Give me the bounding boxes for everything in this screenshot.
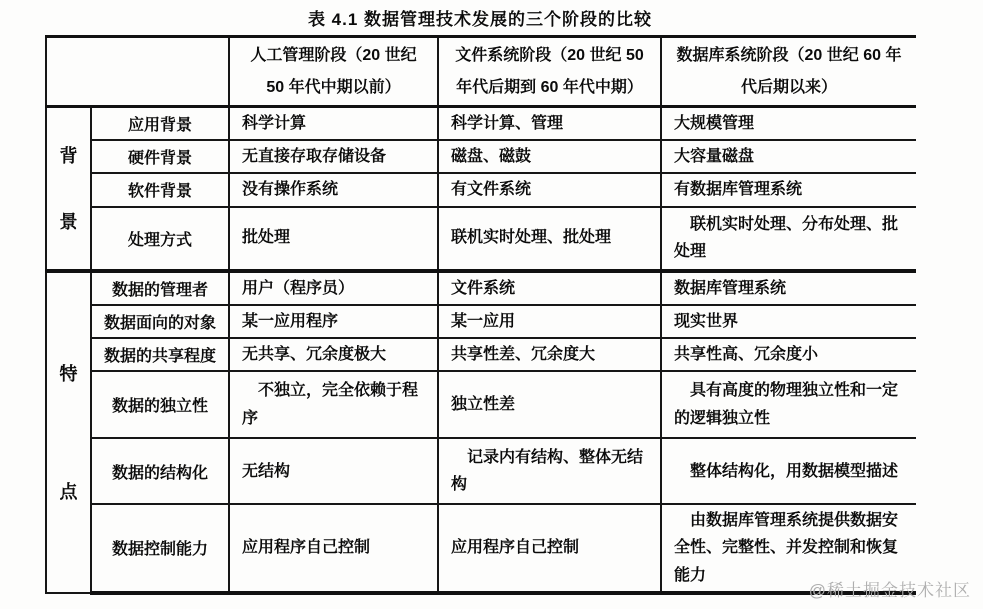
table-row: 背 景 应用背景 科学计算 科学计算、管理 大规模管理 [46, 107, 916, 141]
group-char: 背 [60, 142, 78, 168]
header-corner [46, 37, 229, 107]
table-row: 数据面向的对象 某一应用程序 某一应用 现实世界 [46, 305, 916, 338]
cell-value: 整体结构化，用数据模型描述 [661, 438, 916, 504]
cell-value: 科学计算 [229, 107, 438, 141]
cell-value: 有文件系统 [438, 173, 661, 206]
cell-value: 应用程序自己控制 [438, 504, 661, 593]
row-label-data-target: 数据面向的对象 [91, 305, 229, 338]
header-col-file-stage: 文件系统阶段（20 世纪 50 年代后期到 60 年代中期） [438, 37, 661, 107]
table-row: 软件背景 没有操作系统 有文件系统 有数据库管理系统 [46, 173, 916, 206]
group-char: 景 [60, 208, 78, 234]
header-col-database-stage: 数据库系统阶段（20 世纪 60 年代后期以来） [661, 37, 916, 107]
cell-value: 文件系统 [438, 271, 661, 305]
cell-value: 独立性差 [438, 371, 661, 438]
cell-value: 批处理 [229, 207, 438, 271]
cell-value: 大规模管理 [661, 107, 916, 141]
cell-value: 现实世界 [661, 305, 916, 338]
cell-value: 用户（程序员） [229, 271, 438, 305]
cell-value: 有数据库管理系统 [661, 173, 916, 206]
cell-value: 科学计算、管理 [438, 107, 661, 141]
cell-value: 具有高度的物理独立性和一定的逻辑独立性 [661, 371, 916, 438]
cell-value: 联机实时处理、分布处理、批处理 [661, 207, 916, 271]
cell-value: 记录内有结构、整体无结构 [438, 438, 661, 504]
table-row: 硬件背景 无直接存取存储设备 磁盘、磁鼓 大容量磁盘 [46, 140, 916, 173]
group-label-background: 背 景 [46, 107, 91, 271]
row-label-data-sharing: 数据的共享程度 [91, 338, 229, 371]
row-label-data-control: 数据控制能力 [91, 504, 229, 593]
cell-value: 共享性差、冗余度大 [438, 338, 661, 371]
row-label-data-structuring: 数据的结构化 [91, 438, 229, 504]
cell-value: 数据库管理系统 [661, 271, 916, 305]
table-row: 数据的独立性 不独立，完全依赖于程序 独立性差 具有高度的物理独立性和一定的逻辑… [46, 371, 916, 438]
table-row: 特 点 数据的管理者 用户（程序员） 文件系统 数据库管理系统 [46, 271, 916, 305]
table-title: 表 4.1 数据管理技术发展的三个阶段的比较 [45, 5, 915, 30]
row-label-software-background: 软件背景 [91, 173, 229, 206]
table-row: 数据的结构化 无结构 记录内有结构、整体无结构 整体结构化，用数据模型描述 [46, 438, 916, 504]
table-row: 数据控制能力 应用程序自己控制 应用程序自己控制 由数据库管理系统提供数据安全性… [46, 504, 916, 593]
table-row: 处理方式 批处理 联机实时处理、批处理 联机实时处理、分布处理、批处理 [46, 207, 916, 271]
header-col-manual-stage: 人工管理阶段（20 世纪 50 年代中期以前） [229, 37, 438, 107]
group-char: 点 [60, 478, 78, 504]
cell-value: 无直接存取存储设备 [229, 140, 438, 173]
group-char: 特 [60, 360, 78, 386]
cell-value: 磁盘、磁鼓 [438, 140, 661, 173]
row-label-application-background: 应用背景 [91, 107, 229, 141]
comparison-table: 人工管理阶段（20 世纪 50 年代中期以前） 文件系统阶段（20 世纪 50 … [45, 35, 916, 595]
cell-value: 某一应用程序 [229, 305, 438, 338]
cell-value: 大容量磁盘 [661, 140, 916, 173]
cell-value: 没有操作系统 [229, 173, 438, 206]
cell-value: 某一应用 [438, 305, 661, 338]
header-row: 人工管理阶段（20 世纪 50 年代中期以前） 文件系统阶段（20 世纪 50 … [46, 37, 916, 107]
cell-value: 应用程序自己控制 [229, 504, 438, 593]
cell-value: 联机实时处理、批处理 [438, 207, 661, 271]
cell-value: 无结构 [229, 438, 438, 504]
row-label-processing-mode: 处理方式 [91, 207, 229, 271]
cell-value: 不独立，完全依赖于程序 [229, 371, 438, 438]
row-label-hardware-background: 硬件背景 [91, 140, 229, 173]
group-label-characteristics: 特 点 [46, 271, 91, 593]
row-label-data-independence: 数据的独立性 [91, 371, 229, 438]
watermark: @稀土掘金技术社区 [809, 576, 971, 601]
row-label-data-manager: 数据的管理者 [91, 271, 229, 305]
cell-value: 无共享、冗余度极大 [229, 338, 438, 371]
cell-value: 共享性高、冗余度小 [661, 338, 916, 371]
table-row: 数据的共享程度 无共享、冗余度极大 共享性差、冗余度大 共享性高、冗余度小 [46, 338, 916, 371]
